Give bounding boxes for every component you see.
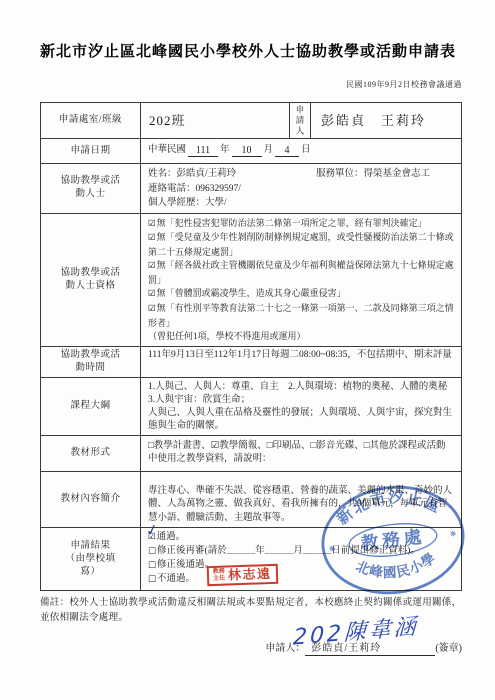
checkbox-checked-icon: ☑ xyxy=(148,289,156,299)
checkbox-unchecked-icon: □ xyxy=(148,574,156,584)
personnel-education: 個人學經歷：大學/ xyxy=(148,196,454,211)
date-label: 申請日期 xyxy=(41,139,141,163)
result-option-text: 通過。 xyxy=(157,532,186,542)
applicant-header: 申請人 xyxy=(289,103,311,138)
approval-note: 民國109年9月2日校務會議通過 xyxy=(40,79,462,90)
qualification-text: 無「有性別平等教育法第二十七之一條第一項第一、二款及同條第三項之情形者」 xyxy=(148,303,454,328)
director-stamp-name: 林志遠 xyxy=(228,567,272,582)
academic-affairs-office-stamp: 新北市汐止區 北峰國民小學 教務處 ❋ ❋ xyxy=(311,472,474,607)
row-personnel: 協助教學或活動人士 姓名：彭皓貞/王莉玲 服務單位：得榮基金會志工 連絡電話：0… xyxy=(41,164,461,214)
date-month-value: 10 xyxy=(232,145,262,157)
row-activity-time: 協助教學或活動時間 111年9月13日至112年1月17日每週二08:00~08… xyxy=(41,347,461,378)
row-material-form: 教材形式 □教學計畫書、☑教學簡報、□印刷品、□影音光碟、□其他於課程或活動中使… xyxy=(41,436,461,472)
row-date: 申請日期 中華民國 111 年 10 月 4 日 xyxy=(41,139,461,164)
activity-time-label: 協助教學或活動時間 xyxy=(41,347,141,377)
date-era: 中華民國 xyxy=(148,144,186,158)
qualification-text: 無「曾體罰或霸凌學生，造成其身心嚴重侵害」 xyxy=(157,288,346,298)
outline-line: 1.人與己、人與人：尊重、自主 2.人與環境：植物的奧秘、人體的奧秘 xyxy=(148,381,454,394)
result-option-text: 修正後通過。 xyxy=(157,560,214,570)
date-year-unit: 年 xyxy=(220,144,230,158)
qualification-text: 無「受兒童及少年性剝削防制條例規定處罰，或受性騷擾防治法第二十條或第二十五條規定… xyxy=(148,232,454,257)
qualification-item: ☑無「經各級社政主管機關依兒童及少年福利與權益保障法第九十七條規定處罰」 xyxy=(148,259,454,287)
personnel-label: 協助教學或活動人士 xyxy=(41,164,141,213)
outline-line: 3.人與宇宙：欣賞生命； xyxy=(148,394,454,407)
result-label-sub: （由學校填寫） xyxy=(58,553,123,579)
star-ornament-icon: ❋ xyxy=(449,529,457,539)
material-form-label: 教材形式 xyxy=(41,436,141,471)
star-ornament-icon: ❋ xyxy=(328,544,336,554)
page-title: 新北市汐止區北峰國民小學校外人士協助教學或活動申請表 xyxy=(40,40,462,61)
date-day-unit: 日 xyxy=(301,144,311,158)
checkbox-checked-icon: ☑ xyxy=(148,261,156,271)
date-year-value: 111 xyxy=(188,145,218,157)
svg-text:北峰國民小學: 北峰國民小學 xyxy=(352,548,440,585)
personnel-name: 姓名：彭皓貞/王莉玲 xyxy=(148,167,316,182)
checkbox-checked-icon: ☑ xyxy=(148,233,156,243)
qualifications-label: 協助教學或活動人士資格 xyxy=(41,214,141,346)
material-content-label: 教材內容簡介 xyxy=(41,472,141,528)
activity-time-value: 111年9月13日至112年1月17日每週二08:00~08:35，不包括期中、… xyxy=(141,347,461,377)
result-option-text: 不通過。 xyxy=(157,574,195,584)
director-name-stamp: 教務 主任 林志遠 xyxy=(207,564,278,586)
checkbox-checked-icon: ☑ xyxy=(148,219,156,229)
applicant-names: 彭皓貞 王莉玲 xyxy=(311,103,461,138)
checkbox-checked-icon: ☑ xyxy=(148,304,156,314)
checkbox-unchecked-icon: □ xyxy=(148,546,156,556)
course-outline-label: 課程大綱 xyxy=(41,378,141,435)
seal-label: (簽章) xyxy=(435,643,462,654)
date-day-value: 4 xyxy=(275,145,299,157)
qualification-text: 無「經各級社政主管機關依兒童及少年福利與權益保障法第九十七條規定處罰」 xyxy=(148,260,454,285)
row-office-class: 申請處室/班級 202班 申請人 彭皓貞 王莉玲 xyxy=(41,103,461,139)
row-course-outline: 課程大綱 1.人與己、人與人：尊重、自主 2.人與環境：植物的奧秘、人體的奧秘 … xyxy=(41,378,461,436)
qualification-item: ☑無「犯性侵害犯罪防治法第二條第一項所定之罪，經有罪判決確定」 xyxy=(148,217,454,232)
qualifications-note: （曾犯任何1項，學校不得進用或運用） xyxy=(148,330,454,344)
stamp-arc-bottom-text: 北峰國民小學 xyxy=(352,548,440,585)
outline-line: 人與己、人與人重在品格及靈性的發展；人與環境、人與宇宙，探究對生態與生命的關懷。 xyxy=(148,407,454,433)
result-label: 申請結果 xyxy=(70,540,110,553)
class-value: 202班 xyxy=(141,103,289,138)
application-form-document: 新北市汐止區北峰國民小學校外人士協助教學或活動申請表 民國109年9月2日校務會… xyxy=(0,0,495,700)
qualification-item: ☑無「受兒童及少年性剝削防制條例規定處罰，或受性騷擾防治法第二十條或第二十五條規… xyxy=(148,231,454,259)
personnel-unit: 服務單位：得榮基金會志工 xyxy=(316,167,430,182)
handwritten-checkmark: ✓ xyxy=(145,523,160,539)
qualification-text: 無「犯性侵害犯罪防治法第二條第一項所定之罪，經有罪判決確定」 xyxy=(157,218,427,228)
checkbox-unchecked-icon: □ xyxy=(148,560,156,570)
director-stamp-title-bottom: 主任 xyxy=(213,576,225,583)
material-form-options: □教學計畫書、☑教學簡報、□印刷品、□影音光碟、□其他於課程或活動中使用之教學資… xyxy=(148,440,454,467)
qualification-item: ☑無「有性別平等教育法第二十七之一條第一項第一、二款及同條第三項之情形者」 xyxy=(148,302,454,330)
qualification-item: ☑無「曾體罰或霸凌學生，造成其身心嚴重侵害」 xyxy=(148,287,454,302)
date-month-unit: 月 xyxy=(264,144,274,158)
office-class-label: 申請處室/班級 xyxy=(41,103,141,138)
row-qualifications: 協助教學或活動人士資格 ☑無「犯性侵害犯罪防治法第二條第一項所定之罪，經有罪判決… xyxy=(41,214,461,347)
personnel-phone: 連絡電話：096329597/ xyxy=(148,182,454,197)
